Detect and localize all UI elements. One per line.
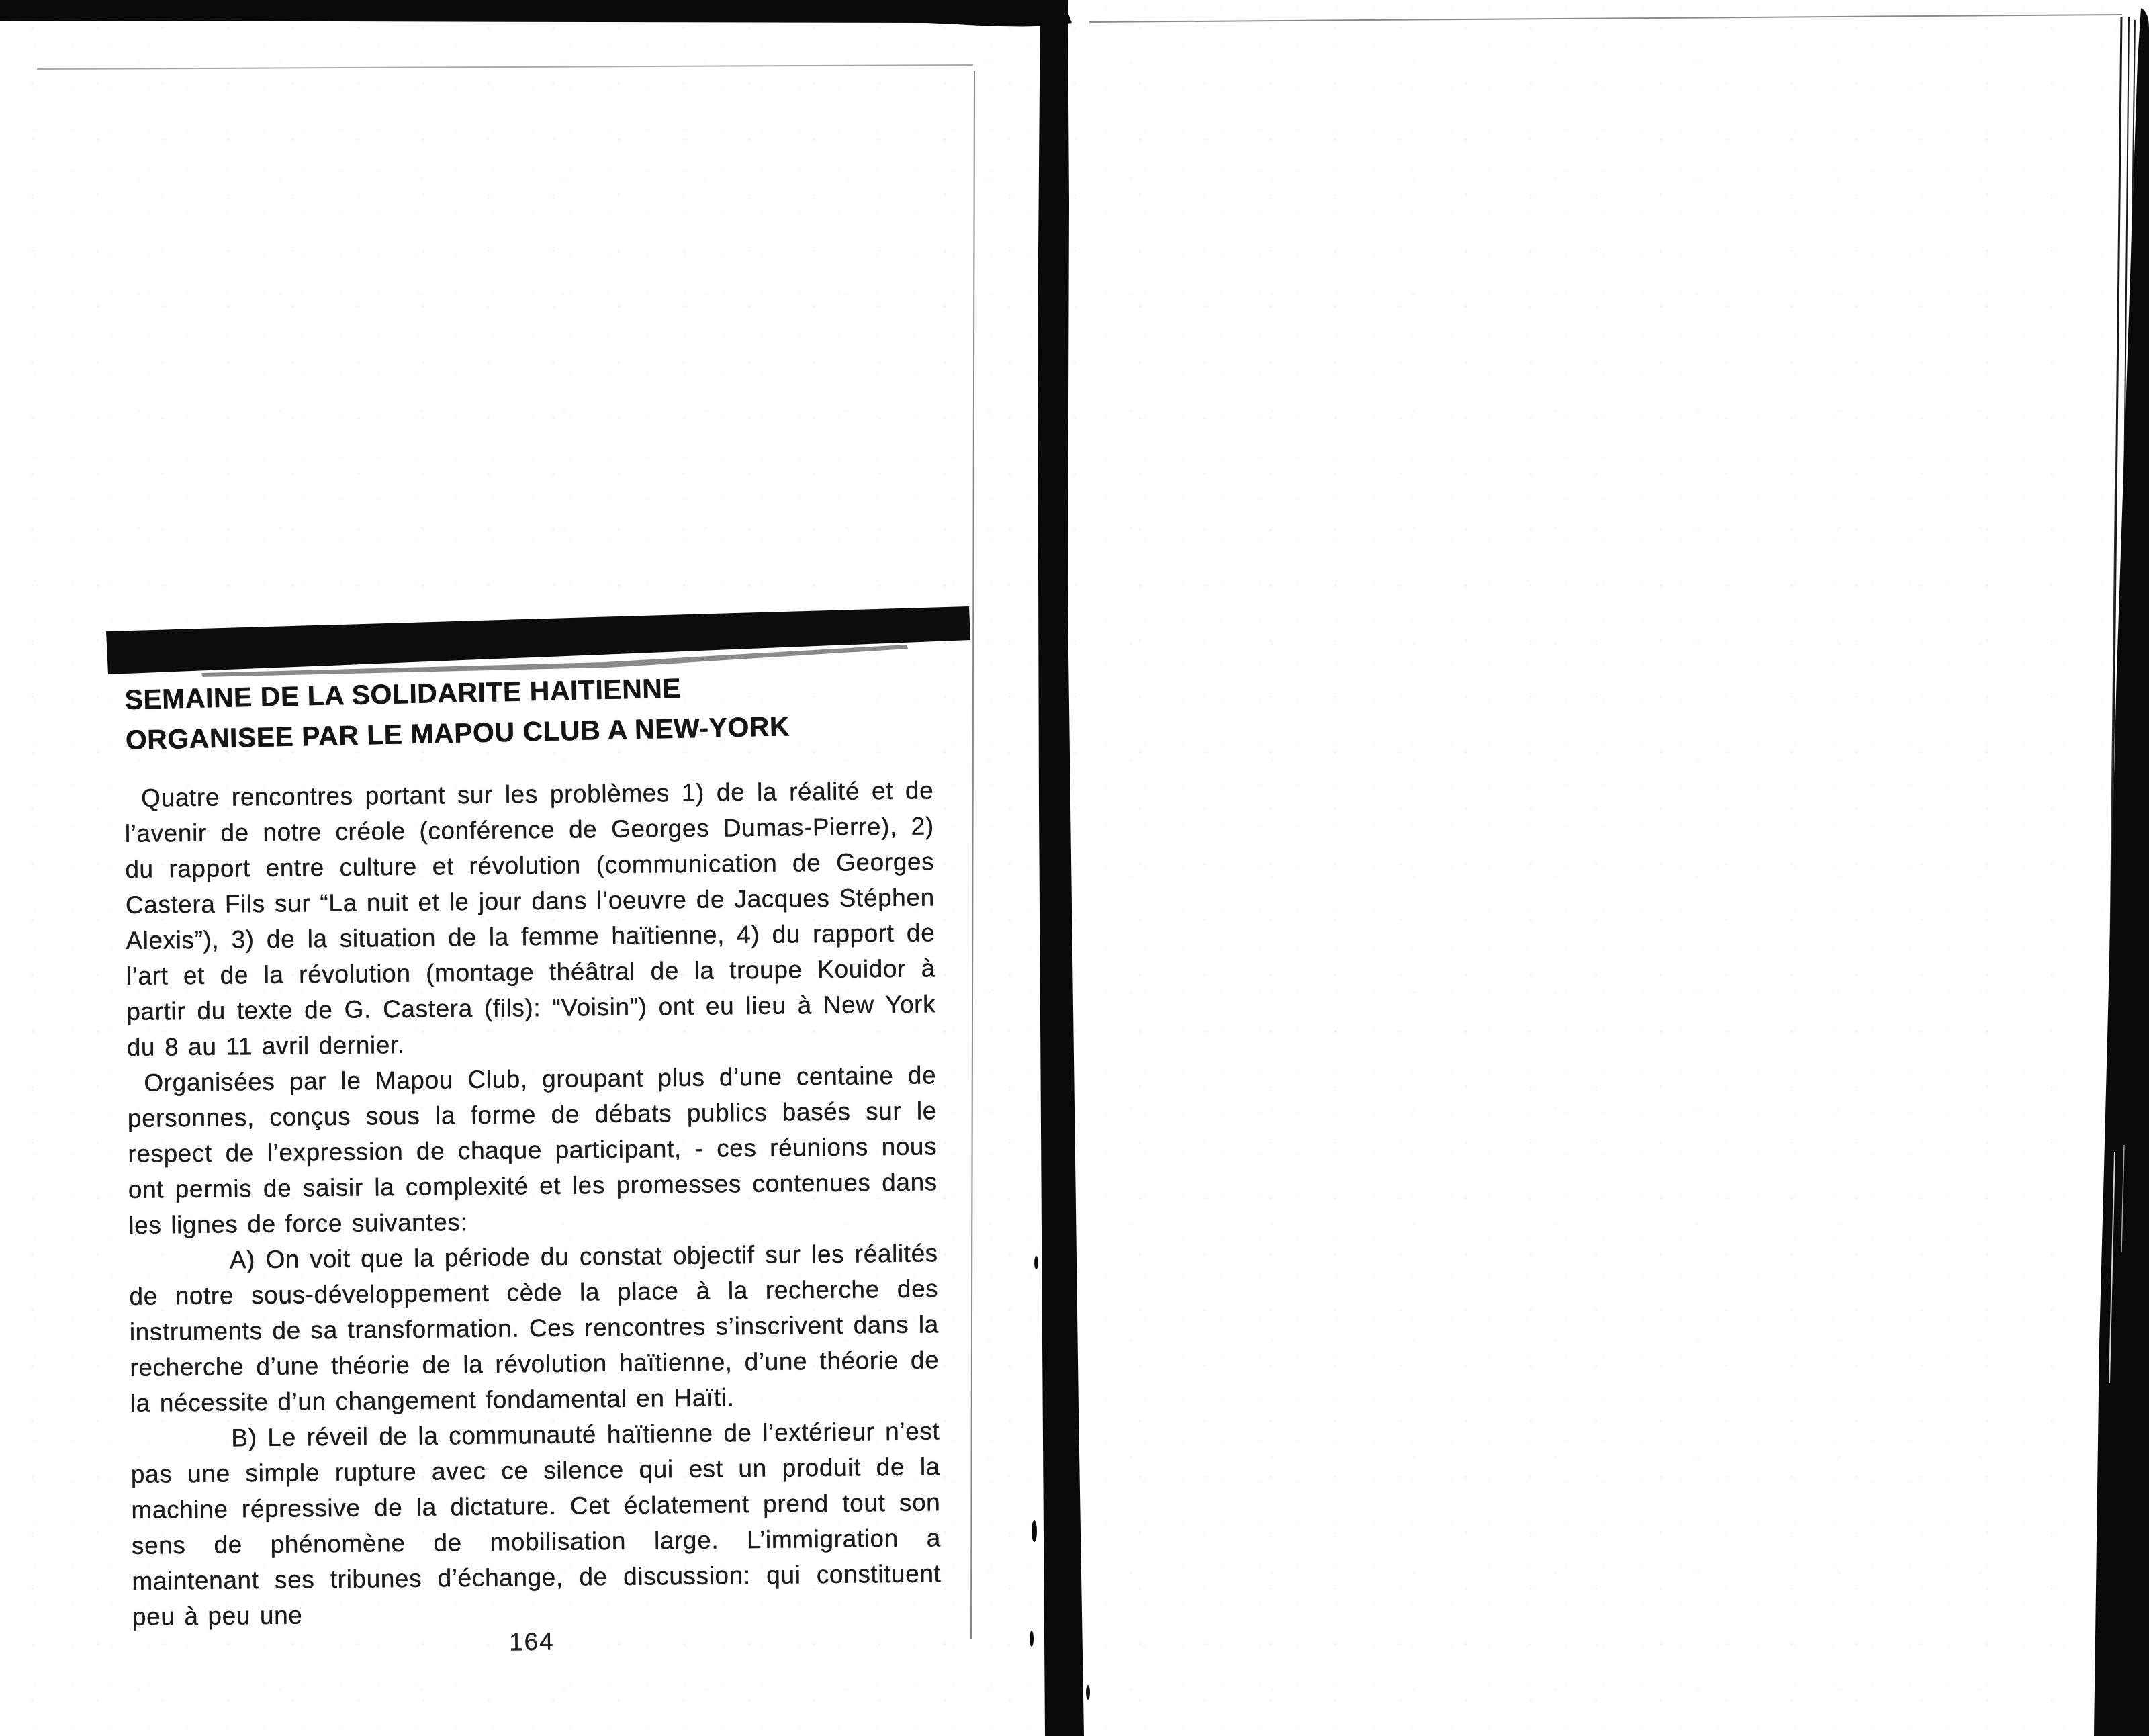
gutter-speck <box>1032 1520 1037 1542</box>
gutter-speck <box>1030 1631 1034 1647</box>
scanned-book-spread: { "scan": { "left_page": { "title_line1"… <box>0 0 2149 1736</box>
paragraph: A) On voit que la période du constat obj… <box>129 1235 940 1421</box>
article-title: SEMAINE DE LA SOLIDARITE HAITIENNE ORGAN… <box>124 662 958 760</box>
page-number: 164 <box>509 1628 555 1657</box>
gutter-speck <box>1034 1256 1038 1269</box>
paragraph: B) Le réveil de la communauté haïtienne … <box>130 1413 942 1635</box>
right-page: vaste école parallèle, une école de form… <box>1074 0 2149 1736</box>
left-page-text-column: Quatre rencontres portant sur les problè… <box>124 772 942 1635</box>
paragraph: Organisées par le Mapou Club, groupant p… <box>127 1057 938 1243</box>
paragraph: Quatre rencontres portant sur les problè… <box>124 772 936 1065</box>
left-page: SEMAINE DE LA SOLIDARITE HAITIENNE ORGAN… <box>0 0 974 1736</box>
